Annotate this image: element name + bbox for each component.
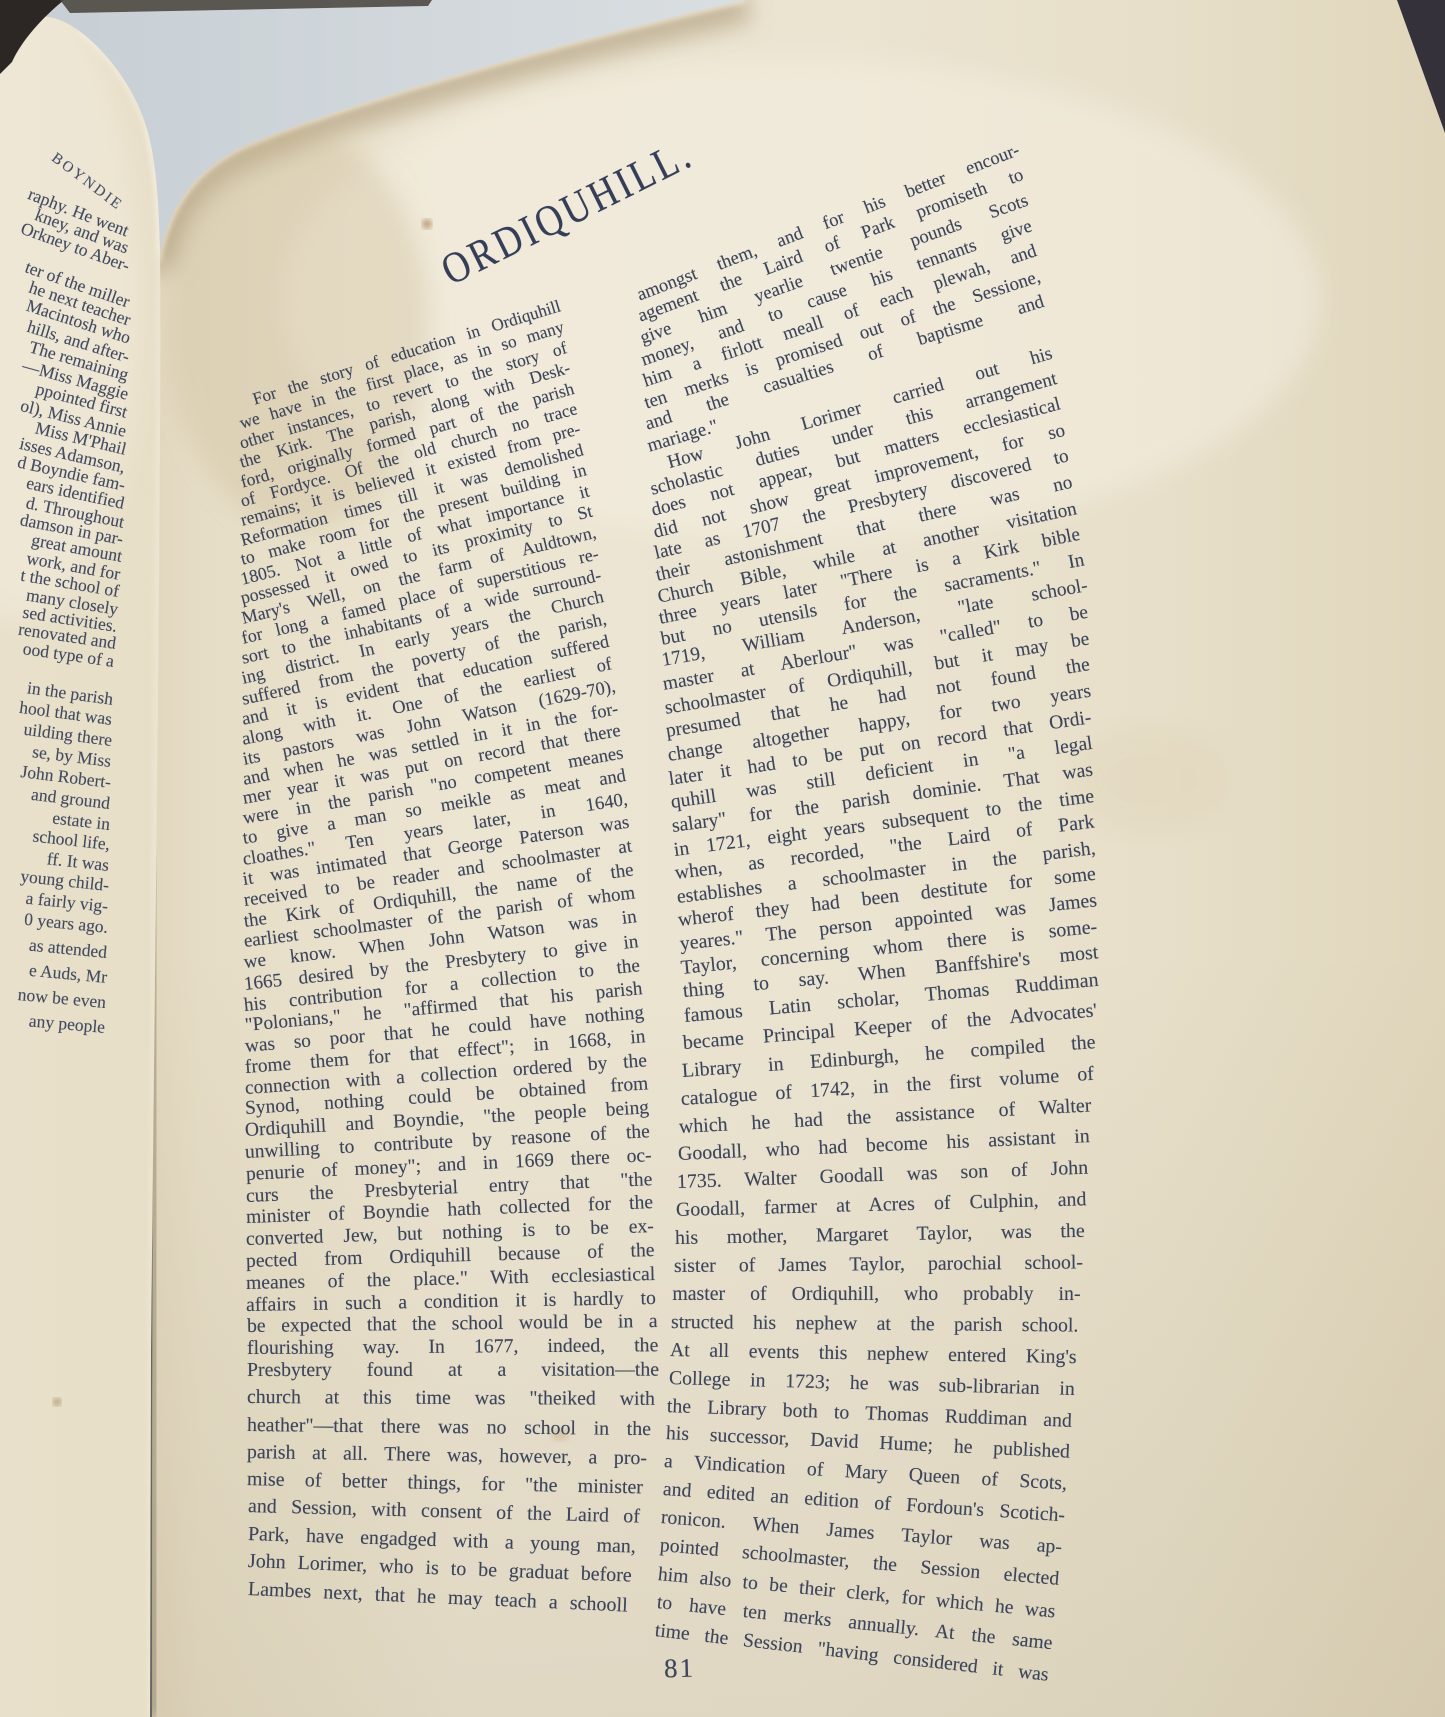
book-photo: BOYNDIE ORDIQUHILL. raphy. He wentkney, … (0, 0, 1445, 1717)
text-line: church at this time was "theiked with (247, 1387, 655, 1411)
text-line: Presbytery found at a visitation—the (247, 1360, 659, 1382)
text-line: sister of James Taylor, parochial school… (673, 1253, 1082, 1278)
paper-speck (53, 1398, 61, 1406)
text-line: master of Ordiquhill, who probably in- (672, 1284, 1080, 1306)
text-line: heather"—that there was no school in the (247, 1415, 651, 1441)
text-line: structed his nephew at the parish school… (671, 1312, 1079, 1337)
paper-speck (422, 219, 432, 229)
text-line: flourishing way. In 1677, indeed, the (247, 1336, 658, 1360)
page-number: 81 (664, 1653, 696, 1685)
